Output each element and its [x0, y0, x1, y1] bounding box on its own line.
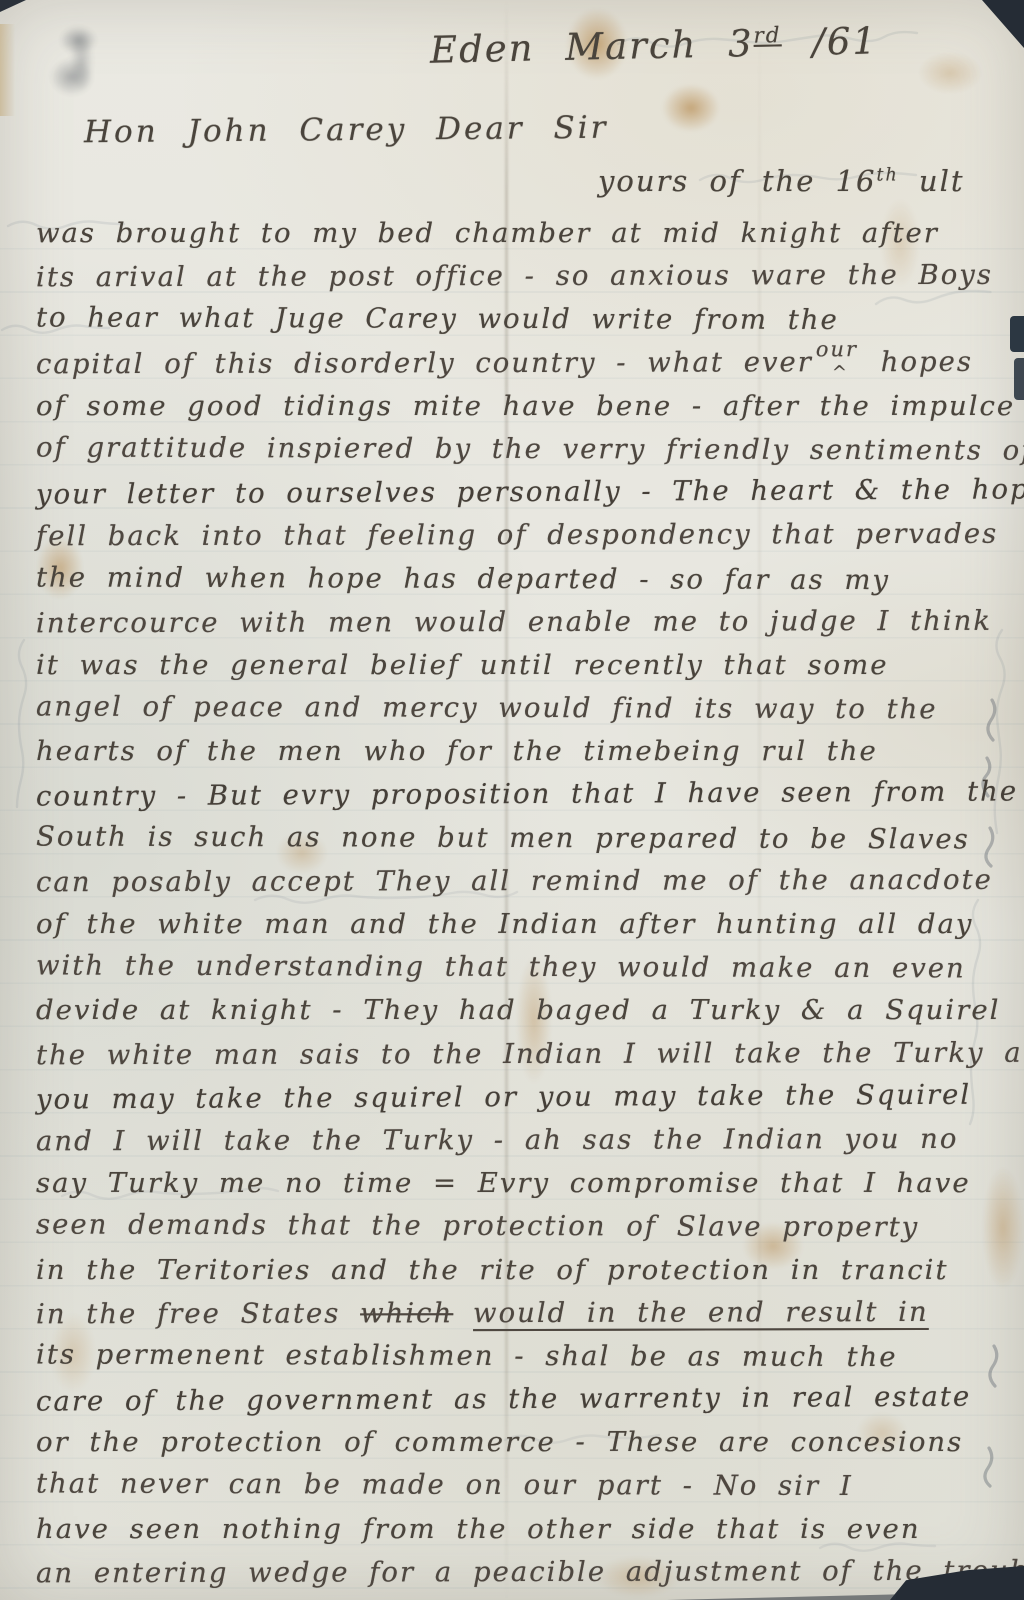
letter-line: the white man sais to the Indian I will … [36, 1031, 1014, 1077]
date-line: Eden March 3rd /61 [430, 19, 879, 71]
letter-text-segment: yours of the 16 [598, 164, 877, 198]
letter-text-segment: in the free States [36, 1297, 360, 1330]
letter-line: say Turky me no time = Evry compromise t… [36, 1162, 1014, 1205]
letter-line: of grattitude inspiered by the verry fri… [36, 426, 1014, 472]
paper-edge-left [0, 24, 15, 116]
letter-text-segment: /61 [781, 19, 878, 64]
letter-line: fell back into that feeling of desponden… [36, 513, 1014, 559]
letter-line: the mind when hope has departed - so far… [36, 556, 1014, 602]
letter-text-segment: rd [753, 23, 782, 49]
letter-line: to hear what Juge Carey would write from… [36, 297, 1014, 343]
letter-line: hearts of the men who for the timebeing … [36, 730, 1014, 773]
letter-line: its permenent establishmen - shal be as … [36, 1333, 1014, 1379]
salutation: Hon John Carey Dear Sir [84, 110, 609, 151]
letter-line: that never can be made on our part - No … [36, 1463, 1014, 1509]
letter-line: care of the government as the warrenty i… [36, 1376, 1014, 1424]
letter-line: with the understanding that they would m… [36, 945, 1014, 991]
letter-line: in the free States which would in the en… [36, 1290, 1014, 1336]
letter-text-segment: hopes [861, 345, 973, 377]
opening-line: yours of the 16th ult [598, 164, 965, 198]
scan-edge-right [1014, 358, 1024, 400]
letter-text-segment: th [877, 165, 899, 185]
letter-line: or the protection of commerce - These ar… [36, 1421, 1014, 1464]
letter-line: of the white man and the Indian after hu… [36, 903, 1014, 946]
letter-line: was brought to my bed chamber at mid kni… [36, 212, 1014, 255]
scanned-letter: Eden March 3rd /61 Hon John Carey Dear S… [0, 0, 1024, 1600]
letter-line: devide at knight - They had baged a Turk… [36, 989, 1014, 1032]
letter-line: South is such as none but men prepared t… [36, 815, 1014, 861]
letter-line: intercource with men would enable me to … [36, 599, 1014, 645]
letter-line: seen demands that the protection of Slav… [36, 1204, 1014, 1250]
scan-edge-right [1010, 316, 1024, 352]
letter-line: of some good tidings mite have bene - af… [36, 385, 1014, 428]
letter-line: your letter to ourselves personally - Th… [36, 469, 1014, 517]
letter-text-segment: our [816, 328, 858, 371]
letter-text-segment: which [360, 1297, 453, 1329]
stain [662, 84, 720, 132]
scan-corner-top-right [982, 0, 1024, 48]
letter-page: Eden March 3rd /61 Hon John Carey Dear S… [0, 0, 1024, 1600]
letter-line: country - But evry proposition that I ha… [36, 771, 1014, 819]
letter-line: it was the general belief until recently… [36, 644, 1014, 687]
letter-line: and I will take the Turky - ah sas the I… [36, 1118, 1014, 1164]
letter-line: its arival at the post office - so anxio… [36, 254, 1014, 300]
letter-text-segment: capital of this disorderly country - wha… [36, 346, 813, 380]
letter-line: have seen nothing from the other side th… [36, 1508, 1014, 1551]
letter-line: capital of this disorderly country - wha… [36, 340, 1014, 386]
letter-line: an entering wedge for a peacible adjustm… [36, 1550, 1014, 1596]
letter-text-segment: ult [899, 164, 965, 198]
letter-line: you may take the squirel or you may take… [36, 1073, 1014, 1121]
stain [918, 52, 982, 94]
letter-body: was brought to my bed chamber at mid kni… [36, 212, 1014, 1594]
letter-text-segment: would in the end result in [473, 1296, 929, 1329]
embossed-stamp [42, 20, 108, 112]
letter-line: can posably accept They all remind me of… [36, 859, 1014, 905]
letter-line: in the Teritories and the rite of protec… [36, 1249, 1014, 1292]
letter-line: angel of peace and mercy would find its … [36, 686, 1014, 732]
letter-text-segment [453, 1297, 473, 1329]
letter-text-segment: Eden March 3 [430, 22, 755, 72]
